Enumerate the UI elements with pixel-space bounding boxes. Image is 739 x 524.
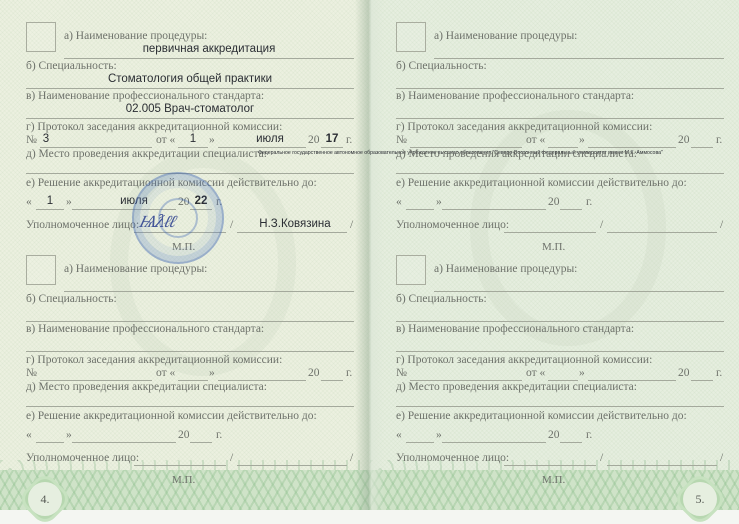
procedure-line [434,58,724,59]
valid-day-line [36,209,64,210]
protocol-year-line [321,380,343,381]
year-suffix: г. [586,196,592,208]
number-sign: № [26,367,37,379]
authorized-name-line [237,465,347,466]
valid-month-line [72,442,176,443]
standard-line [26,351,354,352]
quote-close: » [436,429,442,441]
slash: / [720,452,723,464]
standard-line [26,118,354,119]
quote-close: » [579,134,585,146]
specialty-line [396,88,724,89]
year-prefix: 20 [308,367,320,379]
entry-checkbox[interactable] [26,255,56,285]
authorized-name-line [607,232,717,233]
protocol-label: г) Протокол заседания аккредитационной к… [26,121,282,133]
specialty-line [26,88,354,89]
quote-open: « [396,429,402,441]
place-value[interactable]: Федеральное государственное автономное о… [26,150,356,156]
protocol-label: г) Протокол заседания аккредитационной к… [396,121,652,133]
procedure-label: а) Наименование процедуры: [64,30,207,42]
procedure-line [64,58,354,59]
protocol-label: г) Протокол заседания аккредитационной к… [26,354,282,366]
valid-year-line [190,442,212,443]
slash: / [720,219,723,231]
year-prefix: 20 [548,429,560,441]
place-line [26,406,354,407]
protocol-label: г) Протокол заседания аккредитационной к… [396,354,652,366]
specialty-label: б) Специальность: [396,293,487,305]
slash: / [350,452,353,464]
valid-day-line [36,442,64,443]
specialty-label: б) Специальность: [26,60,117,72]
slash: / [600,219,603,231]
standard-label: в) Наименование профессионального станда… [396,323,634,335]
specialty-line [26,321,354,322]
standard-line [396,351,724,352]
quote-open: « [396,196,402,208]
quote-close: » [209,367,215,379]
signature-line [504,465,596,466]
procedure-label: а) Наименование процедуры: [434,263,577,275]
valid-month-line [442,442,546,443]
page-number: 4. [28,482,62,516]
from-label: от « [526,367,545,379]
seal-placeholder: М.П. [542,474,565,486]
slash: / [350,219,353,231]
valid-day-line [406,209,434,210]
standard-line [396,118,724,119]
specialty-value[interactable]: Стоматология общей практики [26,73,354,85]
protocol-day-value[interactable]: 1 [178,133,208,145]
standard-label: в) Наименование профессионального станда… [26,323,264,335]
procedure-line [434,291,724,292]
quote-close: » [209,134,215,146]
protocol-year-line [691,380,713,381]
procedure-line [64,291,354,292]
quote-close: » [579,367,585,379]
valid-month-line [442,209,546,210]
valid-year-line [560,209,582,210]
number-sign: № [396,367,407,379]
slash: / [230,452,233,464]
procedure-value[interactable]: первичная аккредитация [64,43,354,55]
protocol-month-value[interactable]: июля [240,133,300,145]
page-number: 5. [683,482,717,516]
quote-open: « [26,196,32,208]
number-sign: № [396,134,407,146]
decision-label: е) Решение аккредитационной комиссии дей… [396,177,687,189]
quote-close: » [436,196,442,208]
year-suffix: г. [716,134,722,146]
from-label: от « [156,134,175,146]
authorized-name-value[interactable]: Н.З.Ковязина [250,218,340,230]
slash: / [600,452,603,464]
seal-placeholder: М.П. [542,241,565,253]
authorized-label: Уполномоченное лицо: [396,219,509,231]
year-suffix: г. [346,367,352,379]
seal-placeholder: М.П. [172,474,195,486]
signature-line [134,465,226,466]
year-prefix: 20 [178,429,190,441]
decision-label: е) Решение аккредитационной комиссии дей… [396,410,687,422]
place-label: д) Место проведения аккредитации специал… [26,381,267,393]
specialty-line [396,321,724,322]
from-label: от « [526,134,545,146]
protocol-year-line [691,147,713,148]
place-label: д) Место проведения аккредитации специал… [396,381,637,393]
specialty-label: б) Специальность: [396,60,487,72]
quote-open: « [26,429,32,441]
year-suffix: г. [586,429,592,441]
book-spine [355,0,385,510]
signature-line [504,232,596,233]
procedure-label: а) Наименование процедуры: [64,263,207,275]
valid-day-line [406,442,434,443]
year-suffix: г. [346,134,352,146]
quote-close: » [66,429,72,441]
entry-checkbox[interactable] [26,22,56,52]
year-prefix: 20 [678,367,690,379]
authorized-name-line [237,232,347,233]
authorized-name-line [607,465,717,466]
year-prefix: 20 [548,196,560,208]
authorized-label: Уполномоченное лицо: [26,452,139,464]
protocol-year-line [321,147,343,148]
authorized-label: Уполномоченное лицо: [396,452,509,464]
protocol-year-value[interactable]: 17 [321,133,343,145]
place-label: д) Место проведения аккредитации специал… [396,148,637,160]
standard-label: в) Наименование профессионального станда… [396,90,634,102]
from-label: от « [156,367,175,379]
year-prefix: 20 [308,134,320,146]
standard-value[interactable]: 02.005 Врач-стоматолог [26,103,354,115]
entry-checkbox[interactable] [396,255,426,285]
year-suffix: г. [716,367,722,379]
procedure-label: а) Наименование процедуры: [434,30,577,42]
authorized-label: Уполномоченное лицо: [26,219,139,231]
place-line [396,173,724,174]
place-line [396,406,724,407]
protocol-number-value[interactable]: 3 [36,133,56,145]
slash: / [230,219,233,231]
valid-day-value[interactable]: 1 [36,195,64,207]
signature: Ѩƛℓℓ [137,212,177,232]
specialty-label: б) Специальность: [26,293,117,305]
quote-close: » [66,196,72,208]
valid-year-line [560,442,582,443]
year-suffix: г. [216,429,222,441]
standard-label: в) Наименование профессионального станда… [26,90,264,102]
year-prefix: 20 [678,134,690,146]
decision-label: е) Решение аккредитационной комиссии дей… [26,410,317,422]
entry-checkbox[interactable] [396,22,426,52]
